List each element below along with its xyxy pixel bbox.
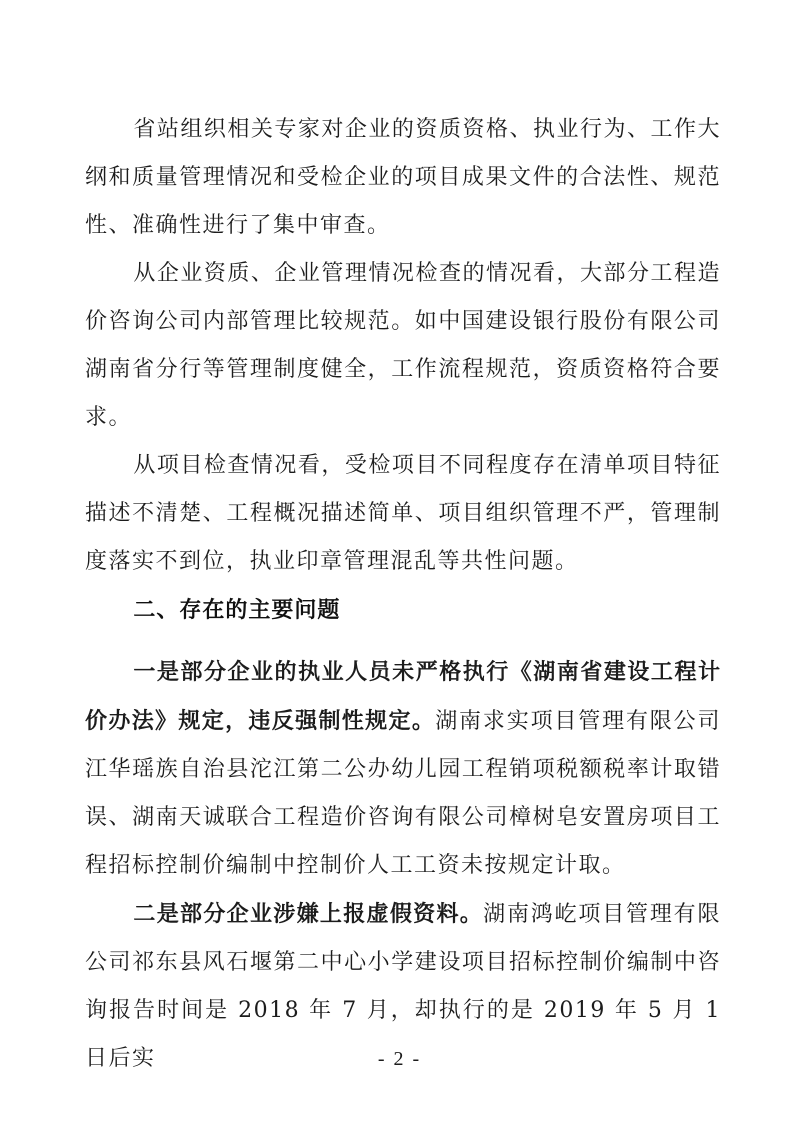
page-number: - 2 - — [378, 1048, 421, 1070]
paragraph: 从企业资质、企业管理情况检查的情况看，大部分工程造价咨询公司内部管理比较规范。如… — [85, 250, 721, 442]
section-heading: 二、存在的主要问题 — [85, 586, 721, 634]
paragraph-lead-bold: 二是部分企业涉嫌上报虚假资料。 — [133, 901, 483, 926]
paragraph: 从项目检查情况看，受检项目不同程度存在清单项目特征描述不清楚、工程概况描述简单、… — [85, 442, 721, 586]
paragraph-lead-bold: 一是部分企业的执业人员未严格执行《湖南省建设工程计价办法》规定，违反强制性规定。 — [85, 659, 721, 733]
document-body: 省站组织相关专家对企业的资质资格、执业行为、工作大纲和质量管理情况和受检企业的项… — [85, 106, 721, 1083]
paragraph: 一是部分企业的执业人员未严格执行《湖南省建设工程计价办法》规定，违反强制性规定。… — [85, 648, 721, 890]
document-page: 省站组织相关专家对企业的资质资格、执业行为、工作大纲和质量管理情况和受检企业的项… — [0, 0, 799, 1129]
paragraph: 省站组织相关专家对企业的资质资格、执业行为、工作大纲和质量管理情况和受检企业的项… — [85, 106, 721, 250]
page-footer: - 2 - — [0, 1044, 799, 1074]
